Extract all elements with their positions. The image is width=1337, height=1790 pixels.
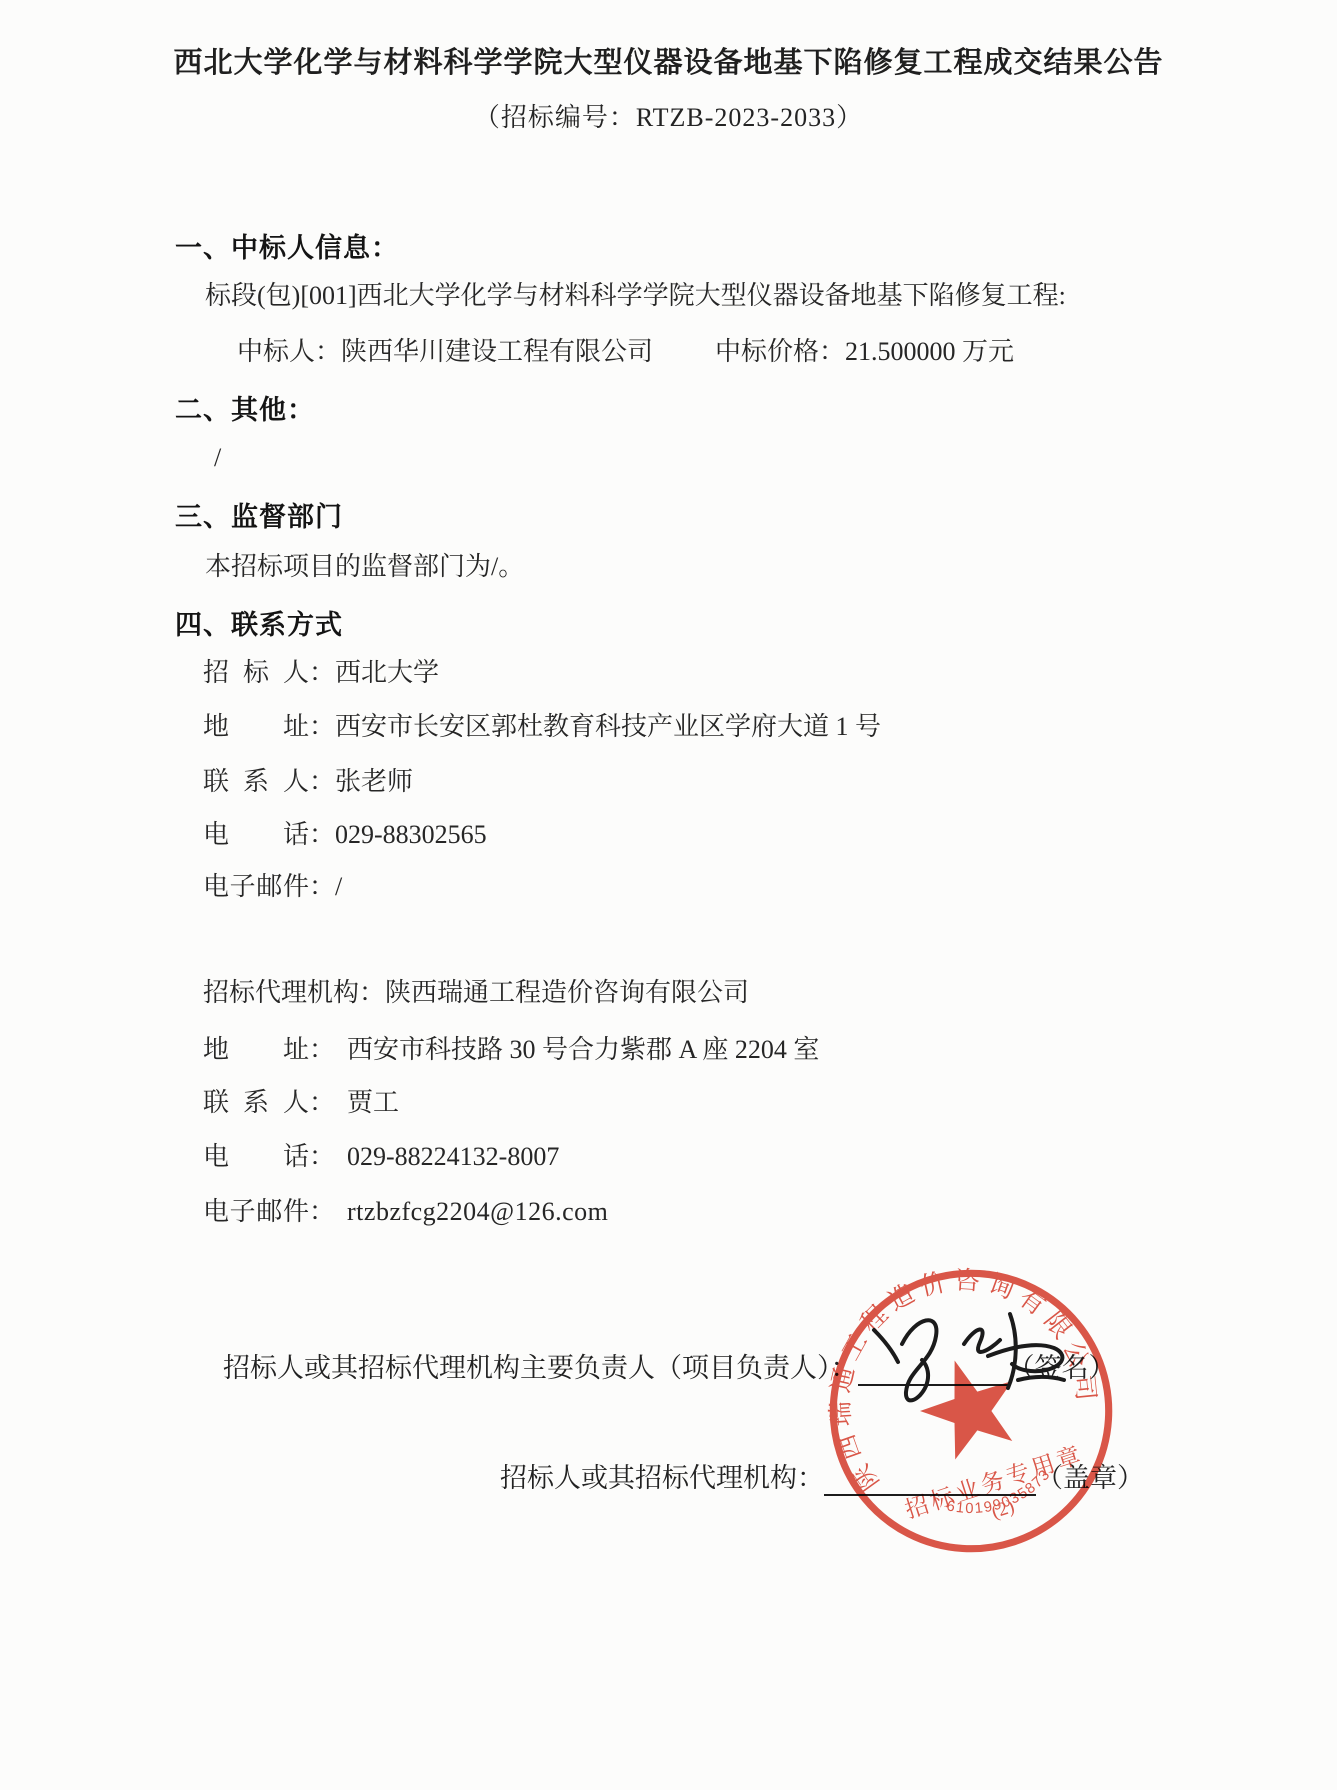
- row-label: 招标人: [203, 656, 309, 690]
- price-value: 21.500000 万元: [845, 337, 1014, 366]
- row-value: 西安市长安区郭杜教育科技产业区学府大道 1 号: [335, 710, 881, 744]
- signature-ink-icon: [868, 1300, 1082, 1418]
- signoff-line-1-label: 招标人或其招标代理机构主要负责人（项目负责人）：: [223, 1350, 858, 1386]
- agency-row-contact: 联系人：贾工: [203, 1086, 399, 1120]
- row-value: 贾工: [347, 1086, 399, 1120]
- row-colon: ：: [359, 976, 385, 1010]
- row-colon: ：: [309, 710, 335, 744]
- row-value: /: [335, 870, 342, 904]
- section-2-heading: 二、其他：: [175, 388, 315, 427]
- tenderer-row-address: 地址：西安市长安区郭杜教育科技产业区学府大道 1 号: [203, 710, 881, 744]
- handwritten-signature: [868, 1300, 1082, 1418]
- row-value: 029-88224132-8007: [347, 1140, 559, 1174]
- row-label: 联系人: [203, 1086, 309, 1120]
- row-colon: ：: [309, 1140, 335, 1174]
- row-colon: ：: [309, 870, 335, 904]
- row-value: 张老师: [335, 765, 413, 799]
- row-colon: ：: [309, 1086, 335, 1120]
- row-label: 联系人: [203, 765, 309, 799]
- section-4-heading: 四、联系方式: [175, 603, 343, 642]
- row-colon: ：: [309, 1033, 335, 1067]
- section-1-heading: 一、中标人信息：: [175, 226, 399, 265]
- winner-row: 中标人：陕西华川建设工程有限公司 中标价格：21.500000 万元: [237, 335, 1014, 369]
- row-value: 西北大学: [335, 656, 439, 690]
- row-value: rtzbzfcg2204@126.com: [347, 1195, 608, 1229]
- agency-row-email: 电子邮件：rtzbzfcg2204@126.com: [203, 1195, 608, 1229]
- winner-label: 中标人：: [237, 335, 341, 369]
- section-2-content: /: [214, 441, 221, 475]
- winner-value: 陕西华川建设工程有限公司: [341, 335, 653, 369]
- tenderer-row-phone: 电话：029-88302565: [203, 818, 487, 852]
- row-label: 招标代理机构: [203, 976, 359, 1010]
- page-title: 西北大学化学与材料科学学院大型仪器设备地基下陷修复工程成交结果公告: [0, 40, 1337, 81]
- lot-line: 标段(包)[001]西北大学化学与材料科学学院大型仪器设备地基下陷修复工程:: [205, 279, 1066, 313]
- section-3-heading: 三、监督部门: [175, 495, 343, 534]
- agency-row-phone: 电话：029-88224132-8007: [203, 1140, 559, 1174]
- row-value: 029-88302565: [335, 818, 487, 852]
- row-colon: ：: [309, 765, 335, 799]
- row-label: 电子邮件: [203, 870, 309, 904]
- price-group: 中标价格：21.500000 万元: [715, 335, 1014, 369]
- section-3-content: 本招标项目的监督部门为/。: [205, 550, 524, 584]
- row-label: 电话: [203, 818, 309, 852]
- tenderer-row-email: 电子邮件：/: [203, 870, 342, 904]
- row-label: 地址: [203, 1033, 309, 1067]
- signoff-line-2-label: 招标人或其招标代理机构：: [500, 1460, 824, 1496]
- agency-row-address: 地址：西安市科技路 30 号合力紫郡 A 座 2204 室: [203, 1033, 819, 1067]
- price-label: 中标价格：: [715, 337, 845, 366]
- row-value: 陕西瑞通工程造价咨询有限公司: [385, 976, 749, 1010]
- tender-number: （招标编号：RTZB-2023-2033）: [0, 97, 1337, 134]
- row-label: 电子邮件: [203, 1195, 309, 1229]
- row-colon: ：: [309, 1195, 335, 1229]
- tenderer-row-contact: 联系人：张老师: [203, 765, 413, 799]
- row-colon: ：: [309, 818, 335, 852]
- tenderer-row-name: 招标人：西北大学: [203, 656, 439, 690]
- row-value: 西安市科技路 30 号合力紫郡 A 座 2204 室: [347, 1033, 819, 1067]
- row-label: 地址: [203, 710, 309, 744]
- announcement-page: 西北大学化学与材料科学学院大型仪器设备地基下陷修复工程成交结果公告 （招标编号：…: [0, 0, 1337, 1790]
- agency-row-name: 招标代理机构：陕西瑞通工程造价咨询有限公司: [203, 976, 749, 1010]
- row-label: 电话: [203, 1140, 309, 1174]
- row-colon: ：: [309, 656, 335, 690]
